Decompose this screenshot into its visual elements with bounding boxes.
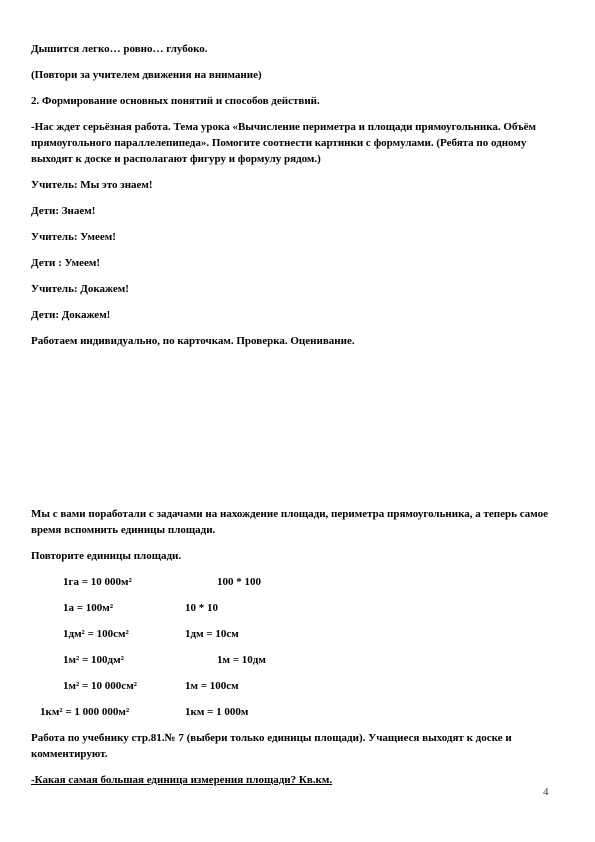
unit-conversion-row: 1дм² = 100см² 1дм = 10см	[31, 626, 568, 642]
document-content: Дышится легко… ровно… глубоко. (Повтори …	[0, 0, 595, 788]
unit-hint: 1км = 1 000м	[185, 704, 248, 720]
unit-formula: 1м² = 10 000см²	[63, 678, 137, 694]
unit-conversion-row: 1м² = 10 000см² 1м = 100см	[31, 678, 568, 694]
unit-hint: 1дм = 10см	[185, 626, 239, 642]
breathing-exercise-line: Дышится легко… ровно… глубоко.	[31, 41, 568, 57]
unit-conversion-row: 1а = 100м² 10 * 10	[31, 600, 568, 616]
unit-formula: 1дм² = 100см²	[63, 626, 129, 642]
final-question-underlined: -Какая самая большая единица измерения п…	[31, 772, 568, 788]
unit-formula: 1м² = 100дм²	[63, 652, 124, 668]
unit-conversion-row: 1га = 10 000м² 100 * 100	[31, 574, 568, 590]
unit-hint: 10 * 10	[185, 600, 218, 616]
dialogue-children-2: Дети : Умеем!	[31, 255, 568, 271]
repeat-after-teacher-note: (Повтори за учителем движения на внимани…	[31, 67, 568, 83]
individual-work-note: Работаем индивидуально, по карточкам. Пр…	[31, 333, 568, 349]
unit-formula: 1га = 10 000м²	[63, 574, 132, 590]
unit-conversion-row: 1м² = 100дм² 1м = 10дм	[31, 652, 568, 668]
dialogue-teacher-1: Учитель: Мы это знаем!	[31, 177, 568, 193]
document-page: Дышится легко… ровно… глубоко. (Повтори …	[0, 0, 595, 842]
section-heading: 2. Формирование основных понятий и спосо…	[31, 93, 568, 109]
dialogue-teacher-3: Учитель: Докажем!	[31, 281, 568, 297]
repeat-units-prompt: Повторите единицы площади.	[31, 548, 568, 564]
dialogue-children-1: Дети: Знаем!	[31, 203, 568, 219]
unit-formula: 1а = 100м²	[63, 600, 113, 616]
textbook-task-paragraph: Работа по учебнику стр.81.№ 7 (выбери то…	[31, 730, 564, 762]
unit-hint: 100 * 100	[217, 574, 261, 590]
blank-space	[31, 359, 568, 506]
dialogue-children-3: Дети: Докажем!	[31, 307, 568, 323]
lesson-topic-paragraph: -Нас ждет серьёзная работа. Тема урока «…	[31, 119, 568, 167]
unit-hint: 1м = 10дм	[217, 652, 266, 668]
unit-formula: 1км² = 1 000 000м²	[40, 704, 129, 720]
unit-conversion-row: 1км² = 1 000 000м² 1км = 1 000м	[31, 704, 568, 720]
dialogue-teacher-2: Учитель: Умеем!	[31, 229, 568, 245]
unit-hint: 1м = 100см	[185, 678, 239, 694]
page-number: 4	[543, 786, 549, 798]
area-units-intro-paragraph: Мы с вами поработали с задачами на нахож…	[31, 506, 568, 538]
